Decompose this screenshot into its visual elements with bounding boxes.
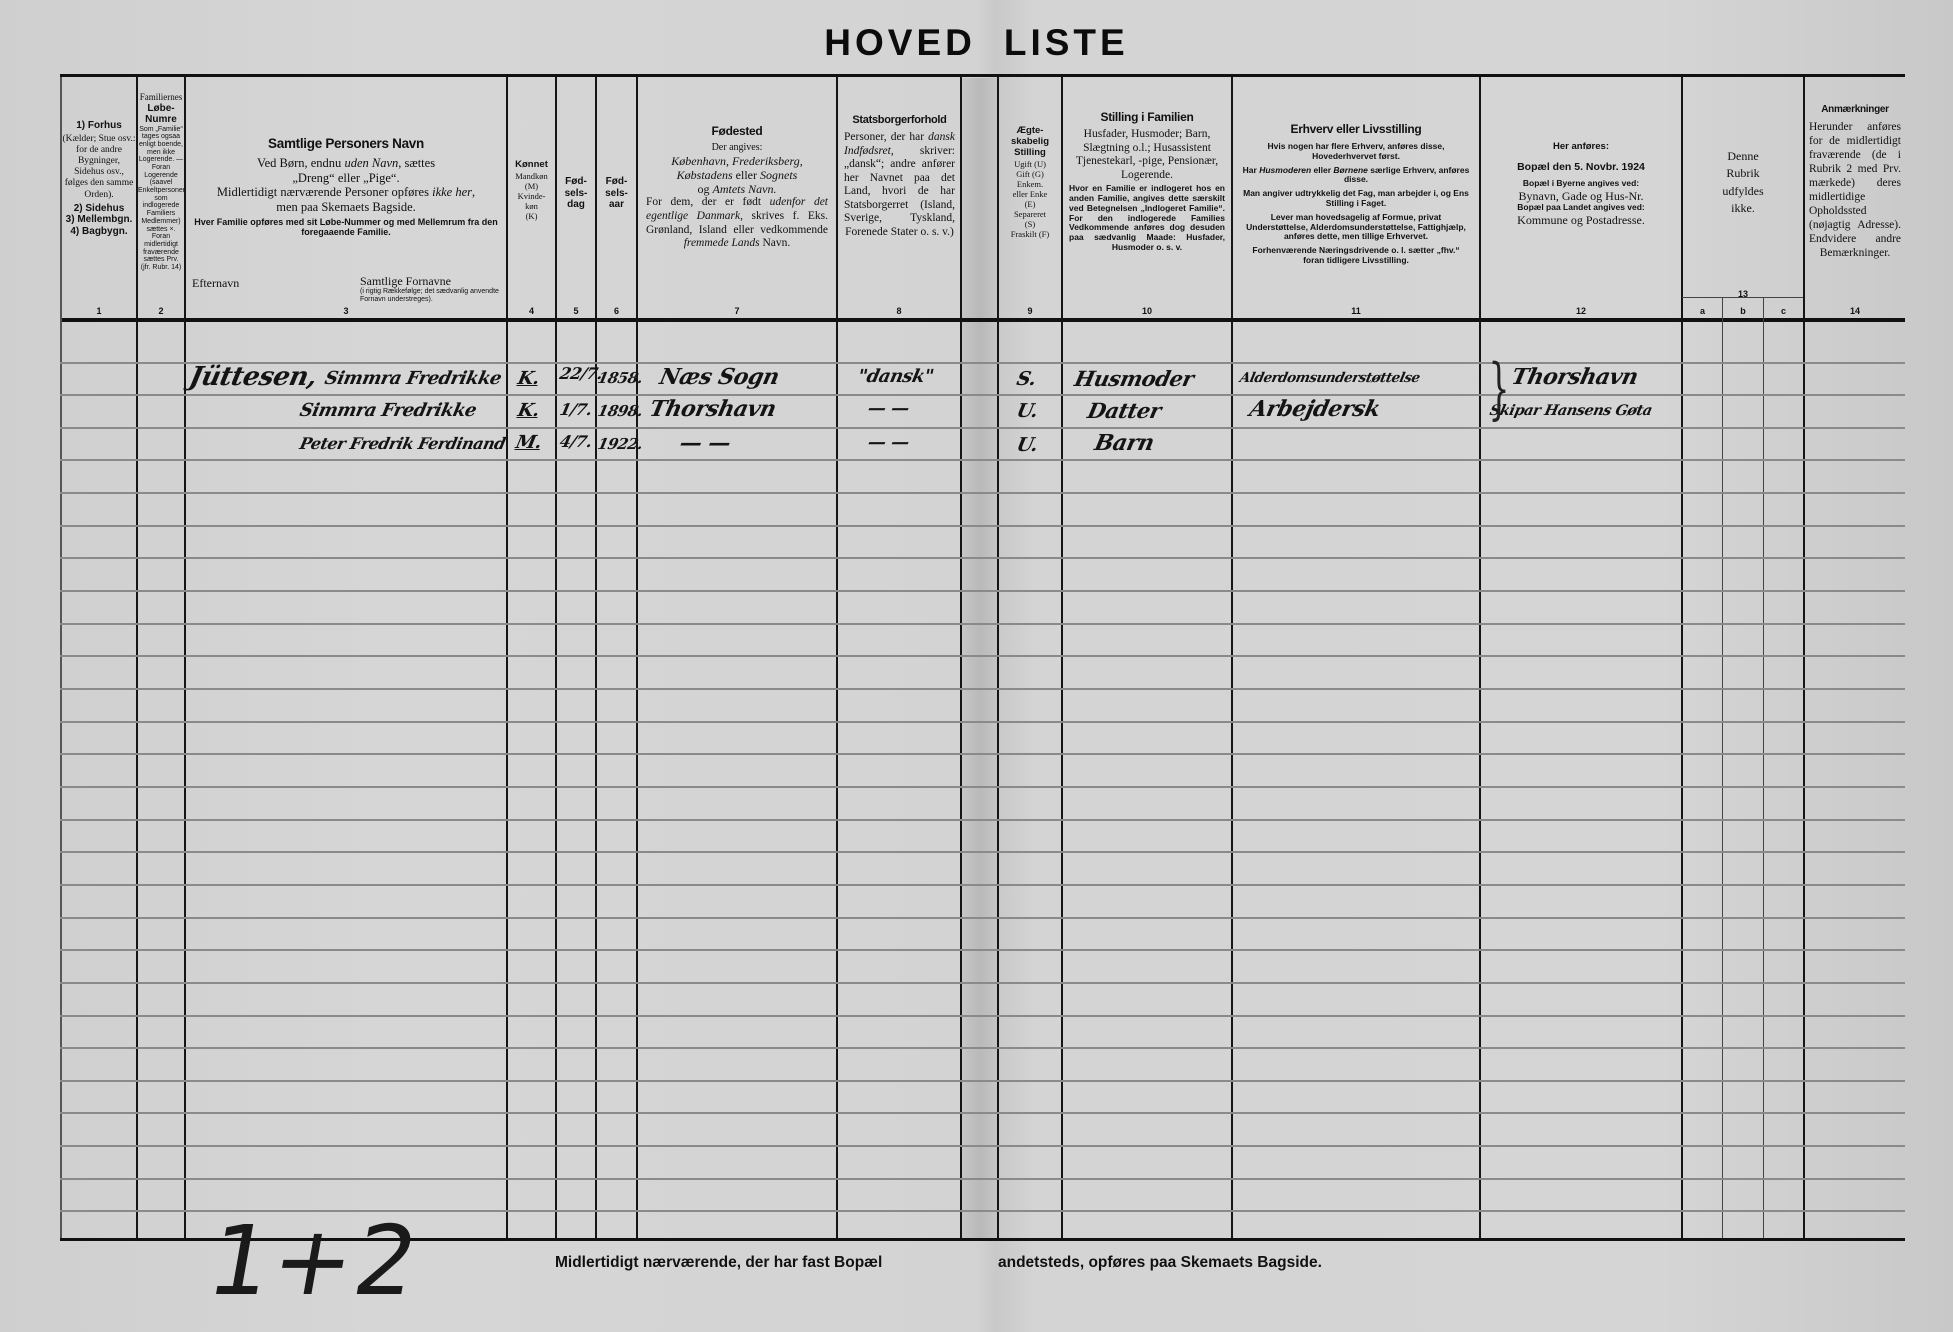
col6-line-3: aar xyxy=(597,199,636,211)
colnum-6: 6 xyxy=(597,306,636,316)
col6-line-1: Fød- xyxy=(597,176,636,188)
entry-2-sex: K. xyxy=(516,400,541,421)
col3-heading: Samtlige Personers Navn xyxy=(186,136,506,152)
col11-p2-em1: Husmoderen xyxy=(1259,165,1311,175)
ruled-line xyxy=(60,884,1905,886)
col-border-8-spine xyxy=(960,77,962,1238)
col3-efternavn: Efternavn xyxy=(192,276,239,290)
colnum-13: 13 xyxy=(1683,289,1803,299)
col9-line-1: Ugift (U) xyxy=(999,159,1061,169)
col8-body-post: , skriver: „dansk“; andre anfører her Na… xyxy=(844,145,955,238)
col12-heading: Bopæl den 5. Novbr. 1924 xyxy=(1481,161,1681,173)
col11-p2-mid: eller xyxy=(1311,165,1333,175)
header-col-13: Denne Rubrik udfyldes ikke. xyxy=(1683,80,1803,384)
census-form-page: HOVEDLISTE 1) Forhus (Kælder; Stue osv.:… xyxy=(0,0,1953,1332)
col9-line-4: eller Enke xyxy=(999,189,1061,199)
colnum-7: 7 xyxy=(638,306,836,316)
col14-body: Herunder anføres for de midlertidigt fra… xyxy=(1805,120,1905,260)
colnum-9: 9 xyxy=(999,306,1061,316)
colnum-5: 5 xyxy=(557,306,595,316)
colnum-10: 10 xyxy=(1063,306,1231,316)
col7-l3a: og xyxy=(698,182,713,196)
col3-fornavne-note: (i rigtig Rækkefølge; det sædvanlig anve… xyxy=(360,288,500,303)
header-col-3: Samtlige Personers Navn Ved Børn, endnu … xyxy=(186,80,506,372)
col9-line-5: (E) xyxy=(999,199,1061,209)
col12-l3: Bopæl paa Landet angives ved: xyxy=(1481,203,1681,213)
footer-note-left: Midlertidigt nærværende, der har fast Bo… xyxy=(555,1254,882,1272)
entry-1-sex: K. xyxy=(516,368,541,389)
col11-heading: Erhverv eller Livsstilling xyxy=(1233,122,1479,136)
col11-p1: Hvis nogen har flere Erhverv, anføres di… xyxy=(1233,140,1479,164)
title-word-1: HOVED xyxy=(824,22,976,63)
col12-l2: Bynavn, Gade og Hus-Nr. xyxy=(1481,189,1681,203)
col12-l4: Kommune og Postadresse. xyxy=(1481,213,1681,227)
ruled-line xyxy=(60,917,1905,919)
header-col-7: Fødested Der angives: København, Frederi… xyxy=(640,80,834,360)
col2-heading-pre: Familiernes xyxy=(138,92,184,103)
col2-body: Som „Familie“ tages ogsaa enligt boende,… xyxy=(138,126,184,272)
ruled-line xyxy=(60,982,1905,984)
footer-note-right: andetsteds, opføres paa Skemaets Bagside… xyxy=(998,1254,1322,1272)
col1-heading: 1) Forhus xyxy=(62,120,136,132)
ruled-line xyxy=(60,1145,1905,1147)
col3-line1-post: , sættes xyxy=(398,156,435,170)
ruled-line xyxy=(60,819,1905,821)
col3-line3-post: , xyxy=(472,185,475,199)
entry-2-given-names: Simmra Fredrikke xyxy=(298,400,479,421)
ruled-line xyxy=(60,525,1905,527)
col-border-13b-13c xyxy=(1763,298,1764,1238)
col3-sub-right: Samtlige Fornavne (i rigtig Rækkefølge; … xyxy=(360,274,500,304)
col4-line-2: (M) xyxy=(508,181,555,191)
ruled-line xyxy=(60,753,1905,755)
book-spine xyxy=(962,78,998,1238)
col7-body-pre: For dem, der er født xyxy=(646,196,770,208)
col5-line-2: sels- xyxy=(557,188,595,200)
ruled-line xyxy=(60,1080,1905,1082)
ruled-line xyxy=(60,1178,1905,1180)
entry-3-citizenship: — — xyxy=(866,432,911,453)
col3-line1-pre: Ved Børn, endnu xyxy=(257,156,345,170)
col14-heading: Anmærkninger xyxy=(1805,104,1905,116)
ruled-line xyxy=(60,623,1905,625)
colnum-3: 3 xyxy=(186,306,506,316)
entry-3-given-names: Peter Fredrik Ferdinand xyxy=(298,434,507,453)
colnum-4: 4 xyxy=(508,306,555,316)
col7-body-em2: fremmede Lands xyxy=(684,237,760,249)
col3-line3-pre: Midlertidigt nærværende Personer opføres xyxy=(217,185,432,199)
header-top-rule xyxy=(60,74,1905,77)
colnum-13c: c xyxy=(1764,306,1803,316)
col2-heading: Løbe-Numre xyxy=(138,103,184,126)
col-border-13a-13b xyxy=(1722,298,1723,1238)
col5-line-3: dag xyxy=(557,199,595,211)
col9-line-6: Separeret xyxy=(999,209,1061,219)
entry-3-birth-year: 1922. xyxy=(596,435,644,453)
col7-body-post: Navn. xyxy=(760,237,791,249)
entry-3-marital-status: U. xyxy=(1015,434,1040,456)
header-col-5: Fød- sels- dag xyxy=(557,80,595,412)
col4-line-1: Mandkøn xyxy=(508,171,555,181)
col1-item-3: 3) Mellembgn. xyxy=(62,214,136,226)
colnum-1: 1 xyxy=(62,306,136,316)
col13-line-3: udfyldes xyxy=(1683,183,1803,200)
col4-line-5: (K) xyxy=(508,211,555,221)
col13-line-2: Rubrik xyxy=(1683,165,1803,182)
entry-2-occupation: Arbejdersk xyxy=(1247,396,1382,422)
colnum-11: 11 xyxy=(1233,306,1479,316)
col13-line-1: Denne xyxy=(1683,148,1803,165)
col12-l1: Bopæl i Byerne angives ved: xyxy=(1481,179,1681,189)
ruled-line xyxy=(60,1015,1905,1017)
header-col-6: Fød- sels- aar xyxy=(597,80,636,412)
col-border-7-8 xyxy=(836,77,838,1238)
col11-p2-pre: Har xyxy=(1243,165,1260,175)
ruled-line xyxy=(60,459,1905,461)
col10-heading: Stilling i Familien xyxy=(1063,110,1231,124)
header-col-14: Anmærkninger Herunder anføres for de mid… xyxy=(1805,80,1905,340)
colnum-2: 2 xyxy=(138,306,184,316)
col13-line-4: ikke. xyxy=(1683,200,1803,217)
header-col-2: Familiernes Løbe-Numre Som „Familie“ tag… xyxy=(138,80,184,328)
col3-line4: men paa Skemaets Bagside. xyxy=(186,200,506,215)
ruled-line xyxy=(60,394,1905,396)
ruled-line xyxy=(60,786,1905,788)
col9-line-2: Gift (G) xyxy=(999,169,1061,179)
colnum-8: 8 xyxy=(838,306,960,316)
col6-line-2: sels- xyxy=(597,188,636,200)
col7-em3: Amtets Navn. xyxy=(713,182,777,196)
entry-1-residence: Thorshavn xyxy=(1509,364,1640,390)
ruled-line xyxy=(60,655,1905,657)
entry-2-residence: Skipar Hansens Gøta xyxy=(1488,402,1653,419)
colnum-13b: b xyxy=(1723,306,1763,316)
ruled-line xyxy=(60,590,1905,592)
entry-2-birth-day: 1/7. xyxy=(558,400,594,419)
col3-line3-em: ikke her xyxy=(432,185,472,199)
ruled-line xyxy=(60,688,1905,690)
ruled-line xyxy=(60,1047,1905,1049)
col5-line-1: Fød- xyxy=(557,176,595,188)
col3-line5: Hver Familie opføres med sit Løbe-Nummer… xyxy=(186,217,506,238)
page-title: HOVEDLISTE xyxy=(0,22,1953,64)
col7-lead: Der angives: xyxy=(640,142,834,154)
col-border-6-7 xyxy=(636,77,638,1238)
col1-item-2: 2) Sidehus xyxy=(62,203,136,215)
col12-lead: Her anføres: xyxy=(1481,142,1681,153)
col11-p2-em2: Børnene xyxy=(1333,165,1367,175)
entry-1-surname: Jüttesen, xyxy=(187,362,320,392)
col7-em2a: Købstadens xyxy=(677,168,733,182)
entry-1-family-position: Husmoder xyxy=(1072,366,1196,391)
colnum-14: 14 xyxy=(1805,306,1905,316)
entry-1-birth-year: 1858. xyxy=(596,369,644,387)
header-col-4: Kønnet Mandkøn (M) Kvinde- køn (K) xyxy=(508,80,555,396)
header-col-11: Erhverv eller Livsstilling Hvis nogen ha… xyxy=(1233,80,1479,358)
header-col-9: Ægte- skabelig Stilling Ugift (U) Gift (… xyxy=(999,80,1061,362)
entry-2-birthplace: Thorshavn xyxy=(647,396,778,422)
handwritten-count-mark: 1+2 xyxy=(200,1205,428,1317)
ruled-line xyxy=(60,949,1905,951)
col3-fornavne: Samtlige Fornavne xyxy=(360,274,500,288)
ruled-line xyxy=(60,1112,1905,1114)
col9-heading-3: Stilling xyxy=(999,148,1061,159)
entry-1-citizenship: "dansk" xyxy=(856,366,936,387)
col1-item-4: 4) Bagbygn. xyxy=(62,226,136,238)
col8-body-pre: Personer, der har xyxy=(844,131,928,143)
entry-2-family-position: Datter xyxy=(1085,398,1163,423)
entry-1-birthplace: Næs Sogn xyxy=(657,364,781,390)
col3-line2: „Dreng“ eller „Pige“. xyxy=(186,171,506,186)
entry-2-marital-status: U. xyxy=(1015,400,1040,422)
col7-mid2: eller xyxy=(733,168,760,182)
col11-p5: Forhenværende Næringsdrivende o. l. sætt… xyxy=(1233,244,1479,268)
col3-line1-em: uden Navn xyxy=(344,156,398,170)
ruled-line xyxy=(60,427,1905,429)
ruled-line xyxy=(60,492,1905,494)
col11-p3: Man angiver udtrykkelig det Fag, man arb… xyxy=(1233,187,1479,211)
col11-p4: Lever man hovedsagelig af Formue, privat… xyxy=(1233,211,1479,244)
col10-note: Hvor en Familie er indlogeret hos en and… xyxy=(1063,182,1231,254)
title-word-2: LISTE xyxy=(1004,22,1129,63)
col9-line-3: Enkem. xyxy=(999,179,1061,189)
colnum-12: 12 xyxy=(1481,306,1681,316)
header-col-12: Her anføres: Bopæl den 5. Novbr. 1924 Bo… xyxy=(1481,80,1681,378)
col4-heading: Kønnet xyxy=(508,160,555,171)
entry-1-marital-status: S. xyxy=(1015,368,1038,390)
col7-em1: København, Frederiksberg, xyxy=(671,154,802,168)
entry-3-birthplace: — — xyxy=(677,430,733,456)
colnum-13a: a xyxy=(1683,306,1722,316)
entry-3-birth-day: 4/7. xyxy=(558,432,594,451)
entry-3-family-position: Barn xyxy=(1092,430,1156,456)
col7-em2b: Sognets xyxy=(760,168,797,182)
ruled-line xyxy=(60,557,1905,559)
ruled-line xyxy=(60,851,1905,853)
col9-line-8: Fraskilt (F) xyxy=(999,229,1061,239)
entry-3-sex: M. xyxy=(514,432,544,453)
entry-1-occupation: Alderdomsunderstøttelse xyxy=(1238,370,1421,386)
col4-line-3: Kvinde- xyxy=(508,191,555,201)
col9-line-7: (S) xyxy=(999,219,1061,229)
col8-heading: Statsborgerforhold xyxy=(839,114,960,127)
col3-sub-left: Efternavn xyxy=(192,276,282,294)
entry-2-birth-year: 1898. xyxy=(596,402,644,420)
entry-1-given-names: Simmra Fredrikke xyxy=(323,368,504,389)
col4-line-4: køn xyxy=(508,201,555,211)
ruled-line xyxy=(60,721,1905,723)
col1-body: (Kælder; Stue osv.: for de andre Bygning… xyxy=(62,134,136,201)
residence-brace: } xyxy=(1489,356,1510,422)
entry-2-citizenship: — — xyxy=(866,398,911,419)
col10-body: Husfader, Husmoder; Barn, Slægtning o.l.… xyxy=(1063,128,1231,182)
col7-heading: Fødested xyxy=(640,124,834,138)
